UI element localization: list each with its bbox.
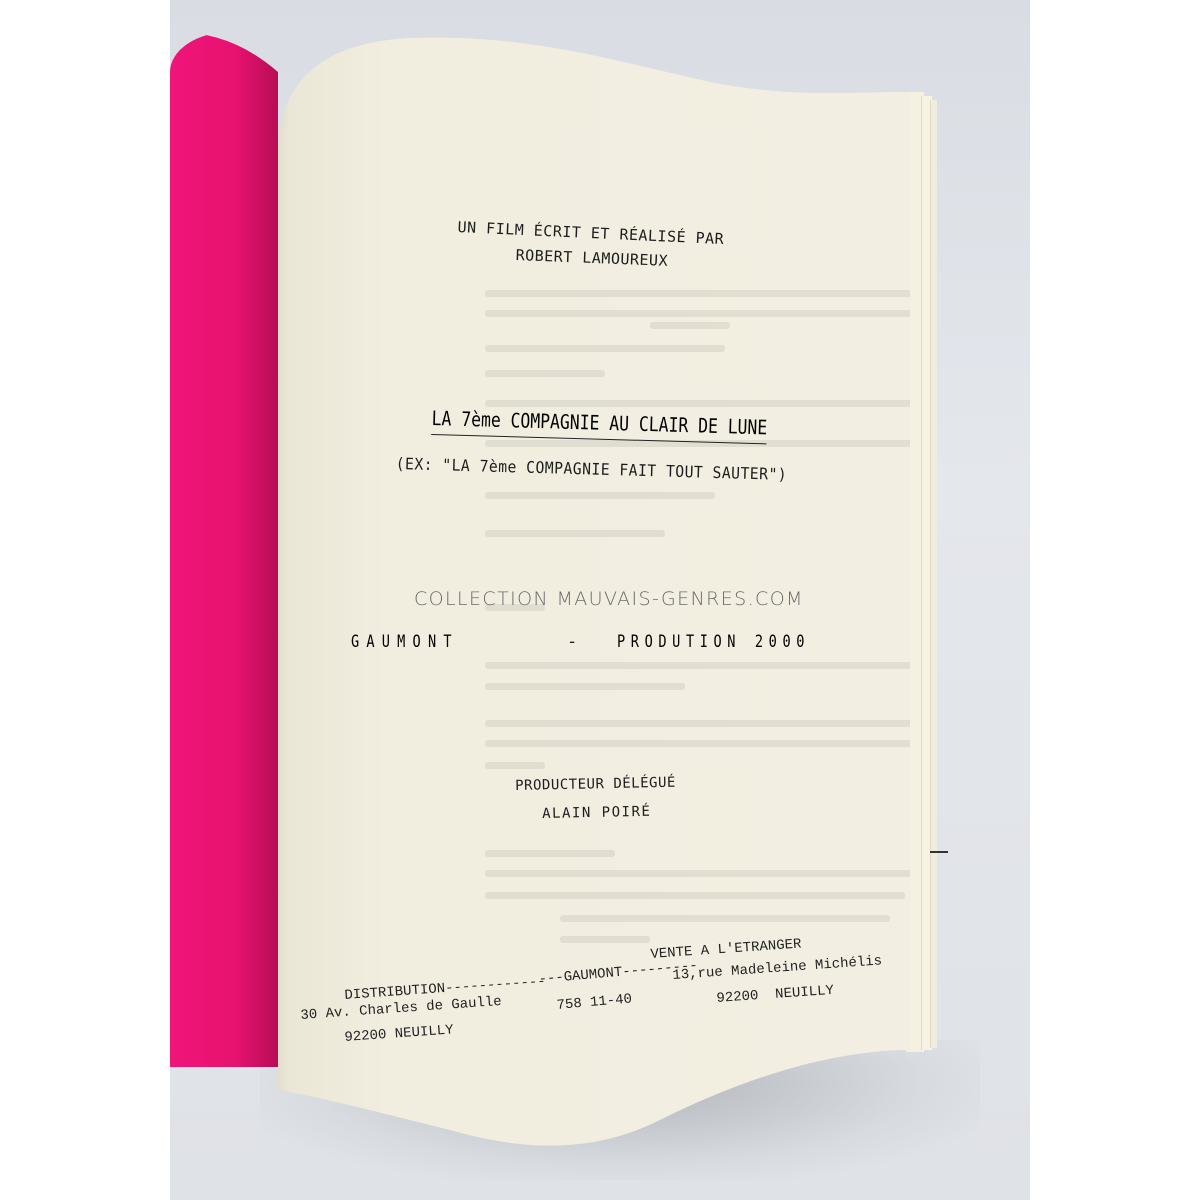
alternate-title: (EX: "LA 7ème COMPAGNIE FAIT TOUT SAUTER…: [395, 454, 787, 484]
producer-label: PRODUCTEUR DÉLÉGUÉ: [515, 775, 676, 794]
studio-separator: -: [567, 632, 578, 652]
margin-mark: [930, 851, 948, 853]
credit-line: UN FILM ÉCRIT ET RÉALISÉ PAR: [457, 218, 724, 248]
foreign-sales-heading: VENTE A L'ETRANGER: [650, 936, 802, 963]
gaumont-phone: 758 11-40: [556, 991, 633, 1014]
production-label: PRODUTION 2000: [617, 632, 810, 652]
studio-name: GAUMONT: [351, 632, 459, 652]
distribution-city: 92200 NEUILLY: [344, 1022, 454, 1046]
page-text: UN FILM ÉCRIT ET RÉALISÉ PAR ROBERT LAMO…: [0, 0, 1200, 1200]
film-title: LA 7ème COMPAGNIE AU CLAIR DE LUNE: [431, 406, 767, 444]
director-name: ROBERT LAMOUREUX: [515, 246, 668, 270]
watermark: COLLECTION MAUVAIS-GENRES.COM: [414, 588, 804, 610]
producer-name: ALAIN POIRÉ: [542, 804, 652, 822]
foreign-sales-city: 92200 NEUILLY: [716, 983, 834, 1007]
